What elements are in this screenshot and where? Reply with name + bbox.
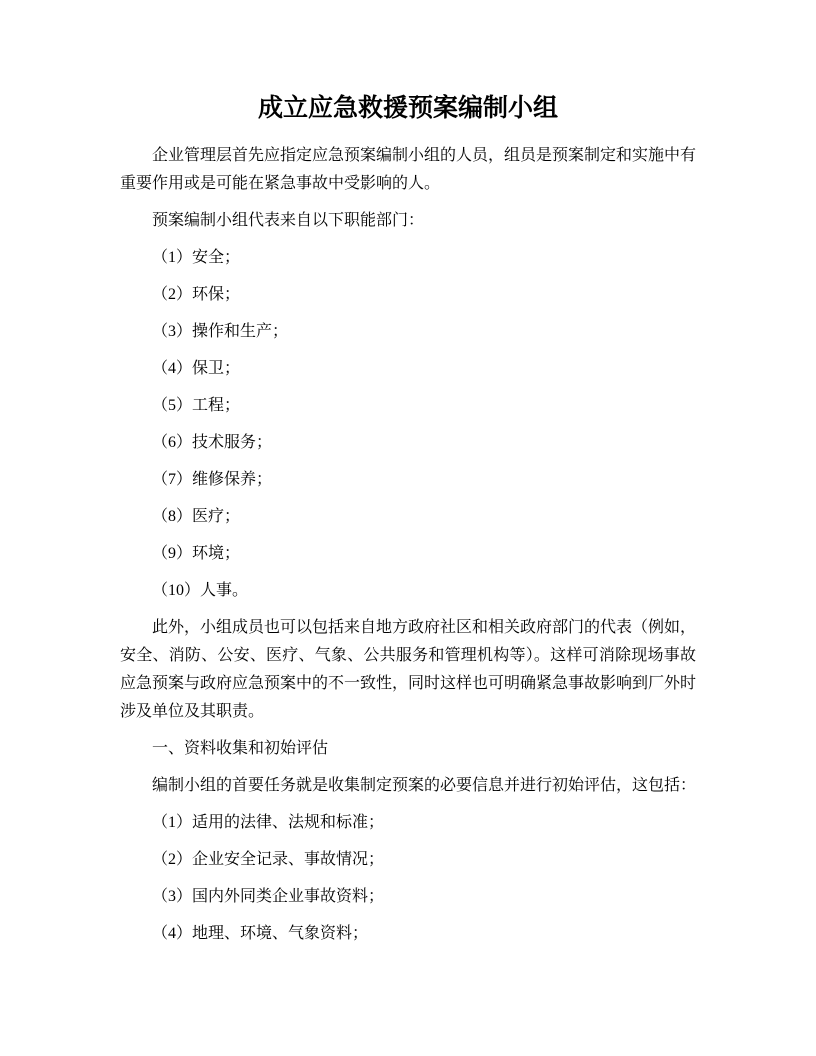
list-item: （3）操作和生产； xyxy=(120,318,696,346)
list-item: （2）环保； xyxy=(120,281,696,309)
body-paragraph: 此外，小组成员也可以包括来自地方政府社区和相关政府部门的代表（例如，安全、消防、… xyxy=(120,614,696,726)
list-item: （2）企业安全记录、事故情况； xyxy=(120,846,696,874)
list-item: （1）适用的法律、法规和标准； xyxy=(120,809,696,837)
list-item: （1）安全； xyxy=(120,244,696,272)
list-item: （3）国内外同类企业事故资料； xyxy=(120,883,696,911)
list-item: （8）医疗； xyxy=(120,503,696,531)
list-item: （6）技术服务； xyxy=(120,429,696,457)
body-paragraph: 编制小组的首要任务就是收集制定预案的必要信息并进行初始评估，这包括： xyxy=(120,772,696,800)
body-paragraph: 企业管理层首先应指定应急预案编制小组的人员，组员是预案制定和实施中有重要作用或是… xyxy=(120,142,696,198)
list-item: （9）环境； xyxy=(120,540,696,568)
list-item: （4）地理、环境、气象资料； xyxy=(120,920,696,948)
document-title: 成立应急救援预案编制小组 xyxy=(120,92,696,126)
list-item: （5）工程； xyxy=(120,392,696,420)
document-body: 企业管理层首先应指定应急预案编制小组的人员，组员是预案制定和实施中有重要作用或是… xyxy=(120,142,696,948)
list-item: （7）维修保养； xyxy=(120,466,696,494)
document-page: 成立应急救援预案编制小组 企业管理层首先应指定应急预案编制小组的人员，组员是预案… xyxy=(0,0,816,1056)
body-paragraph: 预案编制小组代表来自以下职能部门： xyxy=(120,207,696,235)
list-item: （4）保卫； xyxy=(120,355,696,383)
list-item: （10）人事。 xyxy=(120,577,696,605)
section-heading: 一、资料收集和初始评估 xyxy=(120,735,696,763)
